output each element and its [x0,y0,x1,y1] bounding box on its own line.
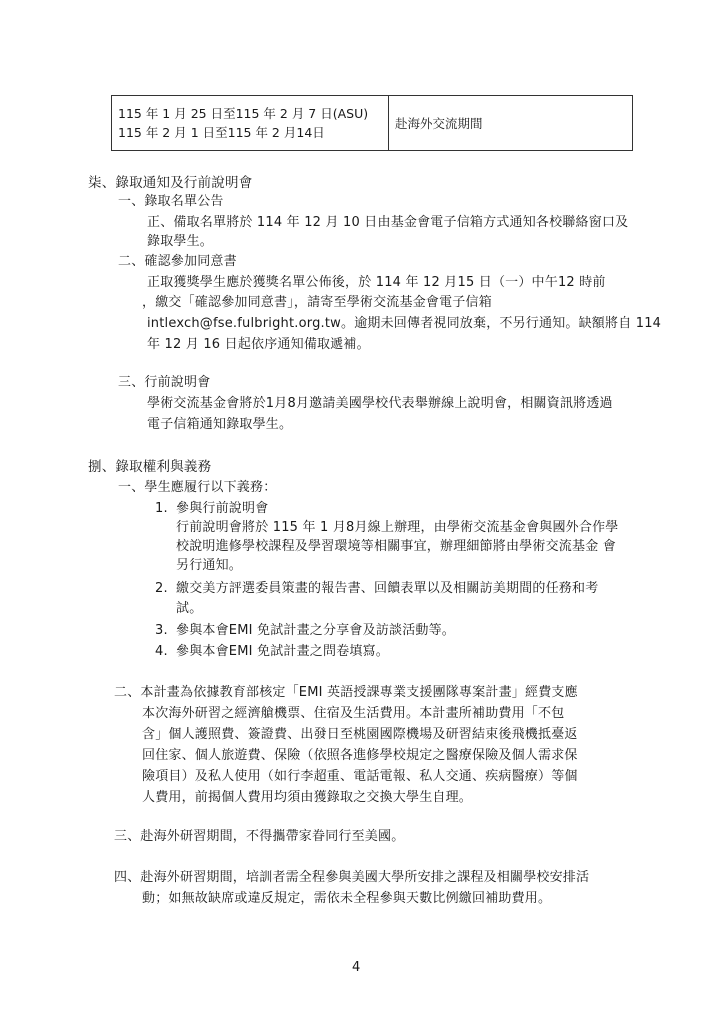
section7-item1-text: 錄取學生。 [147,233,213,251]
section8-item2-text: 含」個人護照費、簽證費、出發日至桃園國際機場及研習結束後飛機抵臺返 [142,726,578,744]
section8-item3-text: 三、赴海外研習期間，不得攜帶家眷同行至美國。 [114,828,404,846]
section7-item2-text: 年 12 月 16 日起依序通知備取遞補。 [147,336,370,354]
section8-item2-text: 回住家、個人旅遊費、保險（依照各進修學校規定之醫療保險及個人需求保 [142,747,578,765]
list-item-text: 校說明進修學校課程及學習環境等相關事宜，辦理細節將由學術交流基金 會 [176,538,616,556]
section7-item2-title: 二、確認參加同意書 [118,253,237,271]
section7-item3-title: 三、行前說明會 [118,374,210,392]
section8-item4-text: 四、赴海外研習期間，培訓者需全程參與美國大學所安排之課程及相關學校安排活 [114,869,589,887]
schedule-table: 115 年 1 月 25 日至115 年 2 月 7 日(ASU) 115 年 … [111,95,633,151]
section7-item2-text: 正取獲獎學生應於獲獎名單公佈後，於 114 年 12 月15 日（一）中午12 … [147,274,606,292]
section8-item4-text: 動；如無故缺席或違反規定，需依未全程參與天數比例繳回補助費用。 [142,890,551,908]
list-number: 3. [155,622,168,640]
table-row: 115 年 1 月 25 日至115 年 2 月 7 日(ASU) 115 年 … [112,96,633,151]
date-range-2: 115 年 2 月 1 日至115 年 2 月14日 [118,123,388,142]
date-range-asu: 115 年 1 月 25 日至115 年 2 月 7 日(ASU) [118,104,388,123]
list-item: 繳交美方評選委員策畫的報告書、回饋表單以及相關訪美期間的任務和考 [176,580,598,598]
section7-item2-email-text: intlexch@fse.fulbright.org.tw。逾期未回傳者視同放棄… [147,315,661,333]
section7-item3-text: 學術交流基金會將於1月8月邀請美國學校代表舉辦線上說明會，相關資訊將透過 [147,395,613,413]
list-number: 2. [155,580,168,598]
list-item-text: 試。 [176,600,202,618]
list-number: 4. [155,643,168,661]
section8-item2-text: 險項目）及私人使用（如行李超重、電話電報、私人交通、疾病醫療）等個 [142,768,578,786]
schedule-dates-cell: 115 年 1 月 25 日至115 年 2 月 7 日(ASU) 115 年 … [112,96,389,151]
list-item: 參與行前說明會 [176,500,268,518]
list-number: 1. [155,500,168,518]
page-number: 4 [352,960,360,975]
section7-item1-text: 正、備取名單將於 114 年 12 月 10 日由基金會電子信箱方式通知各校聯絡… [147,214,628,232]
section7-item2-text: ，繳交「確認參加同意書」，請寄至學術交流基金會電子信箱 [142,294,492,312]
section7-item3-text: 電子信箱通知錄取學生。 [147,416,292,434]
list-item-text: 另行通知。 [176,557,242,575]
list-item-text: 行前說明會將於 115 年 1 月8月線上辦理，由學術交流基金會與國外合作學 [176,519,619,537]
section8-item2-text: 本次海外研習之經濟艙機票、住宿及生活費用。本計畫所補助費用「不包 [142,705,564,723]
section8-item2-text: 人費用，前揭個人費用均須由獲錄取之交換大學生自理。 [142,789,472,807]
schedule-label-cell: 赴海外交流期間 [389,96,633,151]
section8-item2-text: 二、本計畫為依據教育部核定「EMI 英語授課專業支援團隊專案計畫」經費支應 [114,684,578,702]
section8-title: 捌、錄取權利與義務 [88,458,211,476]
list-item: 參與本會EMI 免試計畫之分享會及訪談活動等。 [176,622,455,640]
section7-item1-title: 一、錄取名單公告 [118,193,224,211]
list-item: 參與本會EMI 免試計畫之問卷填寫。 [176,643,389,661]
section8-item1-title: 一、學生應履行以下義務： [118,479,276,497]
section7-title: 柒、錄取通知及行前說明會 [88,174,252,192]
